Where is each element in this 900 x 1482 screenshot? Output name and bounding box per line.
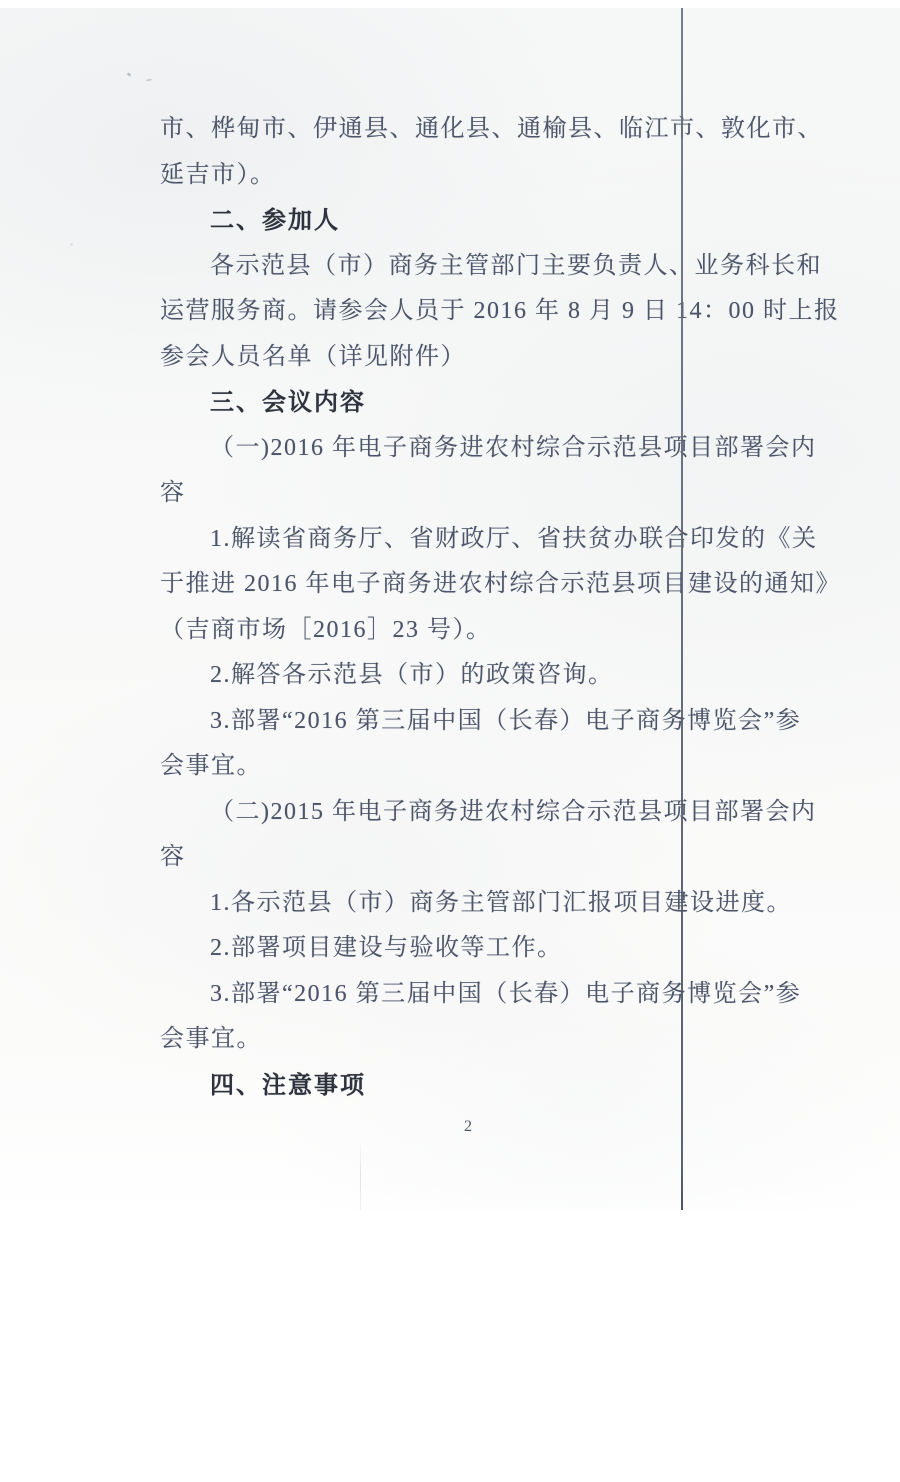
scanned-document-page: 市、桦甸市、伊通县、通化县、通榆县、临江市、敦化市、延吉市）。二、参加人各示范县… — [0, 0, 900, 1482]
page-number: 2 — [458, 1118, 478, 1136]
fold-crease-line — [360, 1140, 361, 1210]
vertical-scan-artifact-line — [681, 8, 683, 1210]
scan-noise-speck — [70, 243, 73, 246]
